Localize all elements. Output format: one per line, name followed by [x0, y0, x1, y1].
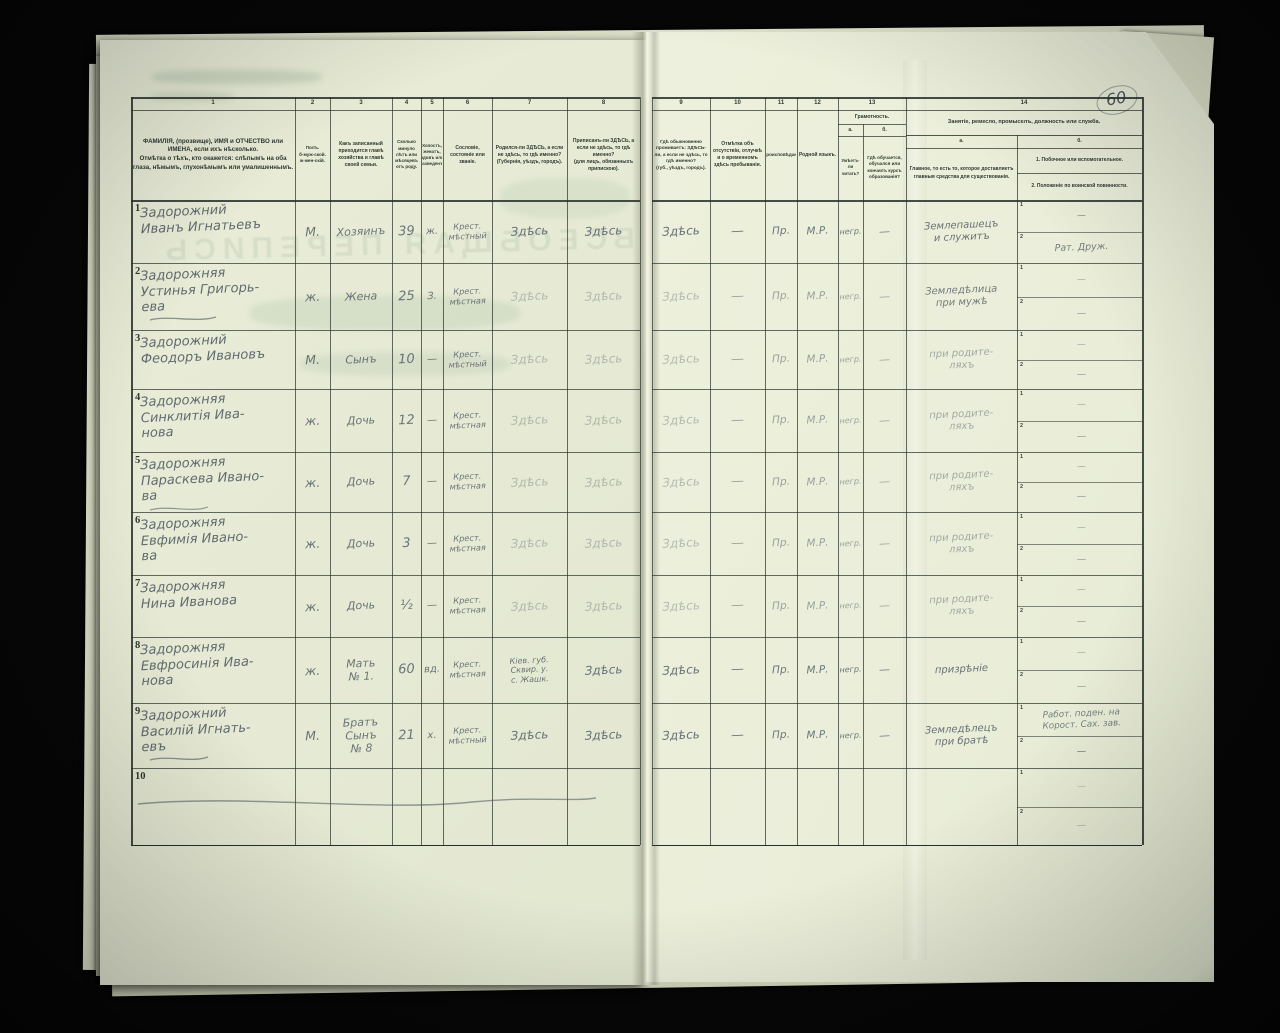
handwritten-entry: — — [1022, 509, 1140, 546]
column-number: 11 — [765, 97, 797, 110]
table-line — [640, 97, 641, 845]
handwritten-entry: Дочь — [329, 574, 394, 639]
column-header: Вѣроисповѣданіе. — [766, 112, 796, 198]
handwritten-entry: З. — [420, 263, 445, 331]
handwritten-entry: Крест. мѣстный — [442, 329, 494, 390]
handwritten-entry: М.Р. — [796, 636, 840, 704]
table-line — [1142, 97, 1144, 845]
column-header: б. — [1018, 136, 1141, 147]
handwritten-entry: Здѣсь — [651, 702, 712, 769]
handwritten-entry: М.Р. — [796, 511, 840, 576]
handwritten-entry: — — [420, 330, 445, 390]
handwritten-entry: Мать № 1. — [329, 636, 394, 705]
handwritten-entry: Земледѣлецъ при братѣ — [905, 701, 1019, 771]
column-header: а. — [907, 136, 1016, 147]
column-number: 14 — [906, 97, 1142, 110]
handwritten-entry: при родите- ляхъ — [905, 328, 1018, 392]
handwritten-entry: Здѣсь — [566, 198, 642, 264]
handwritten-entry: Крест. мѣстная — [442, 262, 494, 331]
handwritten-entry: Здѣсь — [566, 510, 642, 576]
handwritten-entry: — — [420, 575, 445, 638]
handwritten-entry: Здѣсь — [651, 636, 712, 704]
column-number: 9 — [652, 97, 710, 110]
handwritten-entry: Пр. — [764, 574, 799, 637]
handwritten-entry: — — [709, 262, 767, 331]
handwritten-entry: Здѣсь — [491, 701, 569, 769]
handwritten-entry: Здѣсь — [651, 388, 712, 453]
column-number: 3 — [330, 97, 392, 110]
handwritten-entry: Здѣсь — [566, 387, 642, 453]
handwritten-entry: Пр. — [764, 511, 799, 575]
name-swash — [148, 752, 210, 766]
column-number: 1 — [131, 97, 295, 110]
column-header: Умѣетъ-ли читать? — [839, 137, 862, 198]
handwritten-entry: — — [709, 574, 767, 638]
handwritten-entry: негр. — [837, 451, 865, 512]
handwritten-entry: Здѣсь — [566, 328, 642, 390]
handwritten-entry: Здѣсь — [651, 329, 712, 390]
table-line — [131, 97, 133, 845]
handwritten-entry: Крест. мѣстный — [442, 199, 494, 264]
table-line — [131, 768, 640, 769]
name-swash — [148, 502, 210, 516]
handwritten-entry: Пр. — [764, 702, 799, 768]
handwritten-entry: при родите- ляхъ — [905, 387, 1019, 455]
handwritten-entry: вд. — [420, 637, 445, 704]
handwritten-entry: М. — [294, 702, 332, 768]
handwritten-entry: Здѣсь — [566, 701, 642, 769]
handwritten-entry: Пр. — [764, 636, 799, 703]
column-header: б. — [863, 124, 906, 136]
handwritten-entry: Здѣсь — [491, 510, 569, 576]
handwritten-entry: — — [862, 451, 908, 513]
handwritten-entry: негр. — [837, 329, 865, 389]
column-header: Гдѣ обыкновенно проживаетъ: ЗДѢСЬ-ли, а … — [653, 112, 709, 198]
handwritten-entry: — — [862, 702, 908, 769]
column-header: Полъ. б-муж-ской. ж-жен-скій. — [296, 112, 329, 198]
handwritten-entry: — — [709, 702, 767, 769]
handwritten-entry: ½ — [391, 574, 423, 637]
column-header: Какъ записанный приходится главѣ хозяйст… — [331, 112, 391, 198]
handwritten-entry: Здѣсь — [566, 450, 642, 513]
column-number: 10 — [710, 97, 765, 110]
column-header: Родной языкъ. — [798, 112, 837, 198]
handwritten-entry: 60 — [391, 636, 423, 703]
handwritten-entry: 21 — [391, 702, 423, 768]
handwritten-entry: — — [862, 574, 908, 638]
column-header: Отмѣтка объ отсутствіи, отлучкѣ и о врем… — [711, 112, 764, 198]
handwritten-entry: Крест. мѣстная — [442, 574, 494, 638]
handwritten-entry: Дочь — [329, 511, 394, 577]
handwritten-entry: — — [1022, 197, 1140, 234]
handwritten-entry: — — [1022, 804, 1141, 847]
handwritten-entry: Пр. — [764, 329, 799, 389]
table-line — [1017, 173, 1142, 174]
handwritten-entry: Здѣсь — [491, 328, 569, 390]
column-number: 12 — [797, 97, 838, 110]
census-table: 1234567891011121314ФАМИЛІЯ, (прозвище), … — [0, 0, 1280, 1033]
handwritten-entry: Задорожняя Евфимія Ивано- ва — [140, 512, 292, 575]
column-number: 6 — [443, 97, 492, 110]
handwritten-entry: 12 — [391, 388, 423, 452]
handwritten-entry: Здѣсь — [651, 574, 712, 638]
handwritten-entry: Рат. Друж. — [1022, 229, 1140, 265]
handwritten-entry: негр. — [837, 702, 865, 768]
handwritten-entry: Здѣсь — [491, 573, 569, 638]
handwritten-entry: Пр. — [764, 388, 799, 452]
handwritten-entry: — — [709, 511, 767, 576]
handwritten-entry: — — [1022, 572, 1140, 608]
handwritten-entry: Кіев. губ. Сквир. у. с. Жашк. — [491, 635, 569, 704]
handwritten-entry: М.Р. — [796, 451, 840, 513]
handwritten-entry: ж. — [420, 200, 445, 264]
handwritten-entry: Крест. мѣстная — [442, 636, 494, 704]
handwritten-entry: М.Р. — [796, 388, 840, 453]
handwritten-entry: негр. — [837, 511, 865, 575]
column-header: Приписанъ-ли ЗДѢСЬ, а если не здѣсь, то … — [568, 112, 639, 198]
column-number: 4 — [392, 97, 421, 110]
handwritten-entry: Хозяинъ — [329, 199, 394, 265]
handwritten-entry: Здѣсь — [491, 198, 569, 264]
handwritten-entry: 3 — [391, 511, 423, 575]
column-header: Сословіе, состояніе или званіе. — [444, 112, 491, 198]
handwritten-entry: — — [420, 512, 445, 576]
handwritten-entry: М. — [294, 329, 332, 389]
handwritten-entry: Земледѣлица при мужѣ — [905, 261, 1019, 333]
handwritten-entry: при родите- ляхъ — [905, 510, 1019, 578]
handwritten-entry: негр. — [837, 262, 865, 330]
handwritten-entry: Здѣсь — [651, 511, 712, 576]
handwritten-entry: — — [1022, 418, 1140, 454]
handwritten-entry: — — [709, 636, 767, 704]
handwritten-entry: Крест. мѣстная — [442, 388, 494, 453]
handwritten-entry: — — [862, 262, 908, 331]
handwritten-entry: х. — [420, 703, 445, 769]
handwritten-entry: Задорожняя Нина Иванова — [140, 575, 292, 637]
column-header: 2. Положеніе по воинской повинности. — [1018, 175, 1141, 198]
handwritten-entry: — — [1022, 667, 1140, 705]
handwritten-entry: — — [709, 199, 767, 264]
handwritten-entry: Жена — [329, 262, 394, 332]
handwritten-entry: ж. — [294, 511, 332, 575]
handwritten-entry: ж. — [294, 388, 332, 452]
handwritten-entry: Здѣсь — [651, 262, 712, 331]
column-header: Родился-ли ЗДѢСЬ, а если не здѣсь, то гд… — [493, 112, 566, 198]
handwritten-entry: Работ. поден. на Корост. Сах. зав. — [1022, 700, 1140, 738]
column-number: 8 — [567, 97, 640, 110]
column-header: Холостъ, женатъ, вдовъ или разведенъ. — [422, 112, 442, 198]
column-number: 5 — [421, 97, 443, 110]
handwritten-entry: Пр. — [764, 199, 799, 263]
handwritten-entry: Задорожний Иванъ Игнатьевъ — [140, 200, 292, 263]
handwritten-entry: Пр. — [764, 262, 799, 330]
handwritten-entry: Крест. мѣстная — [442, 451, 494, 513]
handwritten-entry: — — [1022, 294, 1140, 332]
handwritten-entry: М.Р. — [796, 329, 840, 390]
column-header: Сколько минуло лѣтъ или мѣсяцевъ отъ род… — [393, 112, 420, 198]
table-line — [131, 110, 640, 111]
handwritten-entry: М.Р. — [796, 199, 840, 264]
handwritten-entry: М.Р. — [796, 262, 840, 331]
handwritten-entry: — — [1022, 634, 1140, 672]
handwritten-entry: — — [1022, 541, 1140, 577]
table-line — [131, 845, 640, 846]
handwritten-entry: Здѣсь — [651, 199, 712, 264]
handwritten-entry: Крест. мѣстный — [442, 702, 494, 769]
handwritten-entry: Задорожняя Синклитія Ива- нова — [140, 389, 292, 452]
handwritten-entry: ж. — [294, 451, 332, 512]
handwritten-entry: Задорожний Феодоръ Ивановъ — [140, 330, 292, 389]
handwritten-entry: — — [709, 451, 767, 513]
handwritten-entry: — — [1022, 733, 1140, 770]
handwritten-entry: Дочь — [329, 388, 394, 454]
handwritten-entry: Дочь — [329, 451, 394, 514]
handwritten-entry: — — [862, 511, 908, 576]
handwritten-entry: Землепашецъ и служитъ — [905, 198, 1019, 266]
column-header: 1. Побочное или вспомогательное. — [1018, 149, 1141, 171]
handwritten-entry: — — [709, 329, 767, 390]
name-swash — [148, 312, 218, 326]
handwritten-entry: — — [1022, 765, 1141, 809]
handwritten-entry: М.Р. — [796, 702, 840, 769]
handwritten-entry: — — [862, 329, 908, 390]
handwritten-entry: Здѣсь — [491, 261, 569, 331]
handwritten-entry: 7 — [391, 451, 423, 512]
handwritten-entry: ж. — [294, 636, 332, 703]
handwritten-entry: при родите- ляхъ — [905, 573, 1019, 640]
handwritten-entry: Здѣсь — [651, 451, 712, 513]
handwritten-entry: Пр. — [764, 451, 799, 512]
handwritten-entry: — — [1022, 260, 1140, 299]
handwritten-entry: негр. — [837, 574, 865, 637]
handwritten-entry: Здѣсь — [491, 387, 569, 453]
column-number: 7 — [492, 97, 567, 110]
handwritten-entry: Здѣсь — [566, 261, 642, 331]
column-number: 13 — [838, 97, 906, 110]
column-header: Грамотность. — [838, 111, 906, 124]
handwritten-entry: Задорожняя Евфросинія Ива- нова — [140, 637, 292, 703]
handwritten-entry: Здѣсь — [491, 450, 569, 513]
column-header: а. — [838, 124, 863, 136]
column-number: 2 — [295, 97, 330, 110]
handwritten-entry: М. — [294, 199, 332, 263]
handwritten-entry: негр. — [837, 636, 865, 703]
census-book: ВСЕОБЩАЯ ПЕРЕПИСЬ 60 1234567891011121314… — [0, 0, 1280, 1033]
handwritten-entry: 39 — [391, 199, 423, 263]
closing-flourish — [132, 782, 602, 822]
handwritten-entry: — — [420, 389, 445, 453]
handwritten-entry: — — [420, 452, 445, 513]
handwritten-entry: Здѣсь — [566, 573, 642, 638]
handwritten-entry: негр. — [837, 199, 865, 263]
handwritten-entry: — — [862, 199, 908, 264]
handwritten-entry: — — [1022, 603, 1140, 639]
handwritten-entry: ж. — [294, 262, 332, 330]
handwritten-entry: — — [1022, 386, 1140, 423]
handwritten-entry: 10 — [391, 329, 423, 389]
handwritten-entry: Сынъ — [329, 329, 394, 391]
handwritten-entry: при родите- ляхъ — [905, 450, 1019, 515]
column-header: Занятіе, ремесло, промыселъ, должность и… — [907, 111, 1141, 134]
handwritten-entry: Братъ Сынъ № 8 — [329, 702, 394, 770]
handwritten-entry: — — [862, 636, 908, 704]
handwritten-entry: — — [862, 388, 908, 453]
column-header: ФАМИЛІЯ, (прозвище), ИМЯ и ОТЧЕСТВО или … — [132, 112, 294, 198]
column-header: Главное, то есть то, которое доставляетъ… — [908, 149, 1015, 198]
handwritten-entry: призрѣніе — [905, 635, 1019, 706]
handwritten-entry: — — [709, 388, 767, 453]
handwritten-entry: 25 — [391, 262, 423, 330]
handwritten-entry: ж. — [294, 574, 332, 637]
handwritten-entry: Крест. мѣстная — [442, 511, 494, 576]
handwritten-entry: Здѣсь — [566, 635, 642, 704]
row-number: 10 — [135, 771, 146, 782]
column-header: Гдѣ обучается, обучался или кончилъ курс… — [864, 137, 905, 198]
handwritten-entry: М.Р. — [796, 574, 840, 638]
handwritten-entry: негр. — [837, 388, 865, 452]
